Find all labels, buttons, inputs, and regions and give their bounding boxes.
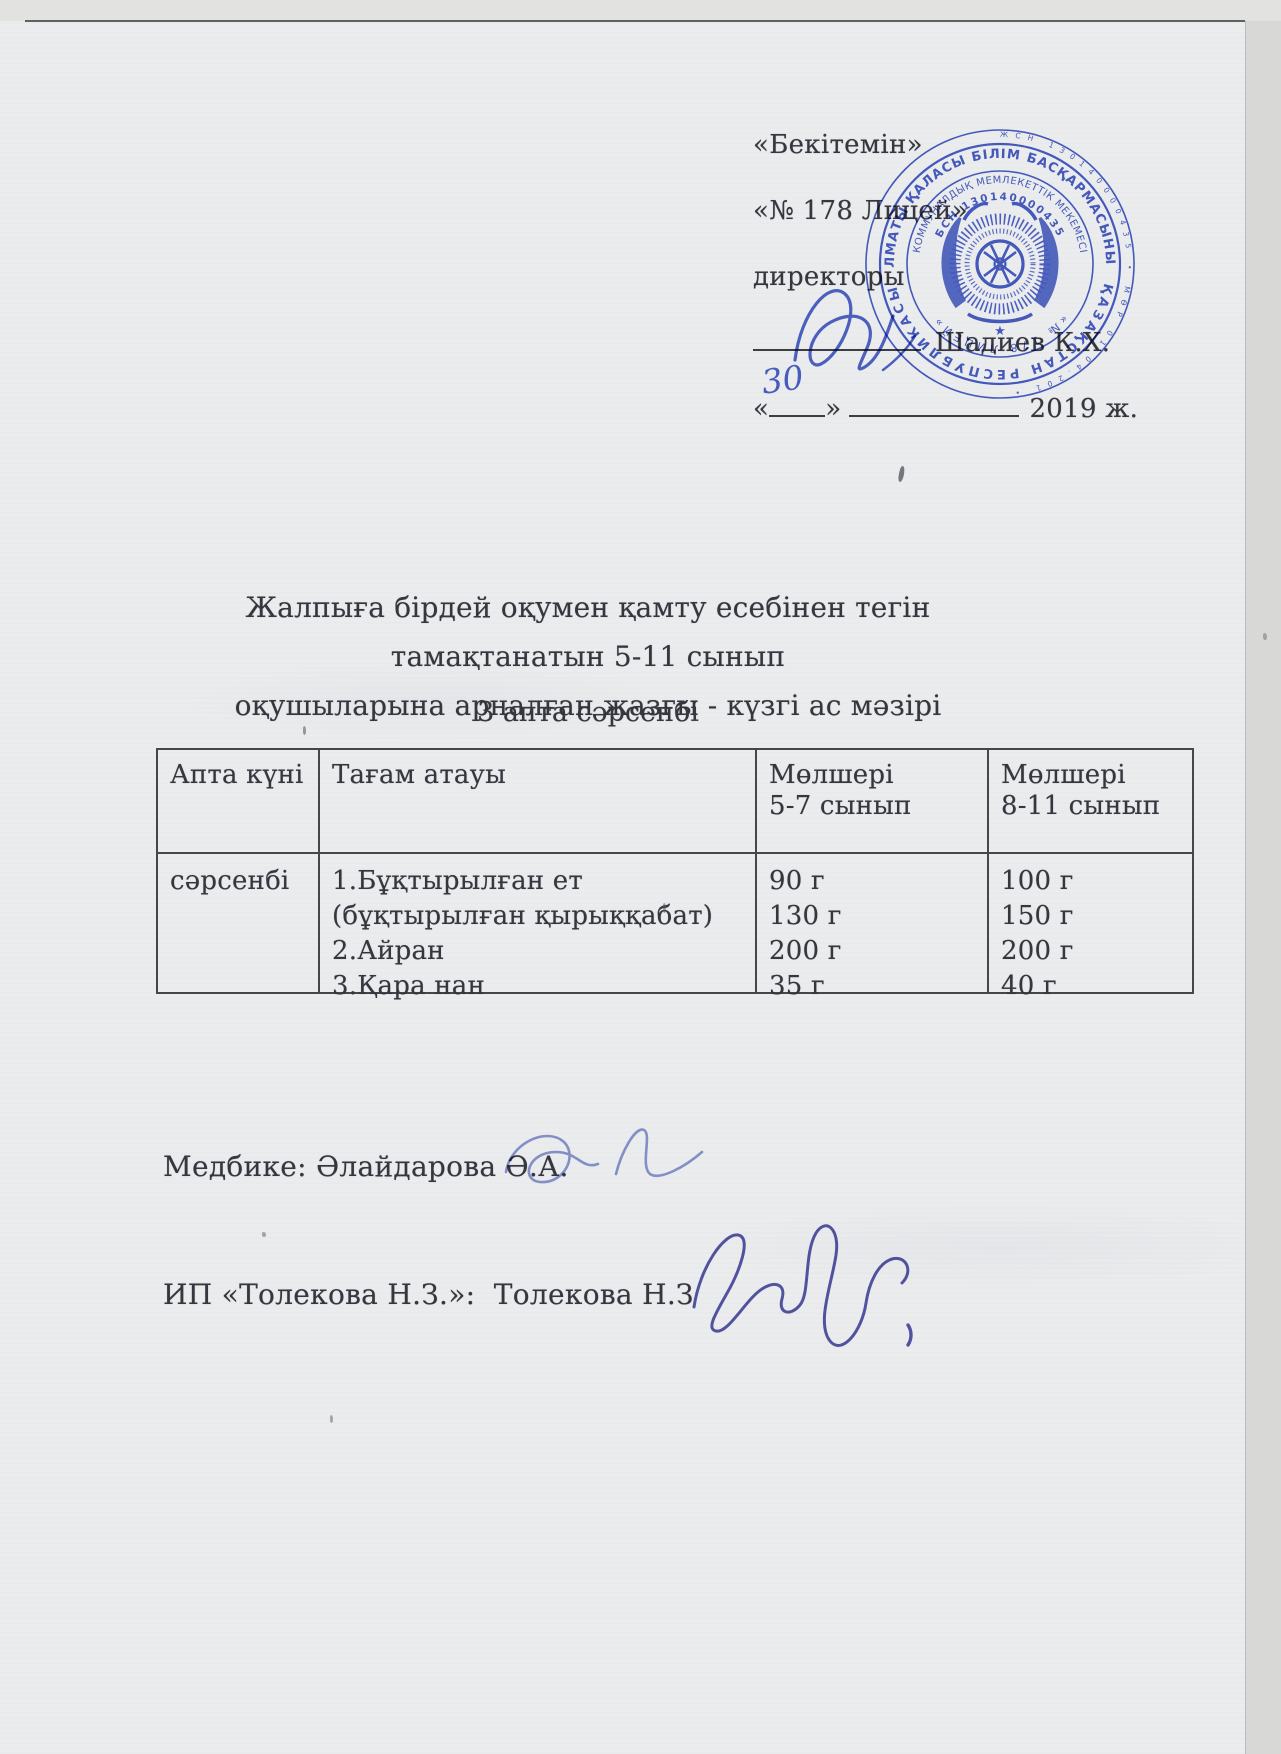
medbike-signature: [488, 1108, 738, 1208]
stamp-emblem: ★: [943, 204, 1057, 339]
cell-portions-8-11: 100 г 150 г 200 г 40 г: [987, 854, 1190, 992]
director-signature: [765, 262, 945, 382]
scan-speck: [262, 1232, 266, 1237]
ip-signature: [672, 1205, 932, 1355]
table-header-row: Апта күні Тағам атауы Мөлшері 5-7 сынып …: [158, 750, 1192, 854]
cell-day: сәрсенбі: [158, 854, 318, 992]
title-line-1: Жалпыға бірдей оқумен қамту есебінен тег…: [152, 583, 1024, 681]
table-header-dish: Тағам атауы: [318, 750, 755, 852]
table-header-portion-5-7: Мөлшері 5-7 сынып: [755, 750, 987, 852]
cell-portions-5-7: 90 г 130 г 200 г 35 г: [755, 854, 987, 992]
table-header-day: Апта күні: [158, 750, 318, 852]
scanned-document-page: «Бекітемін» «№ 178 Лицей» директоры Шади…: [0, 0, 1281, 1754]
scan-speck: [303, 726, 306, 735]
menu-table: Апта күні Тағам атауы Мөлшері 5-7 сынып …: [156, 748, 1194, 994]
scan-speck: [330, 1415, 333, 1423]
document-subtitle: 3 апта сәрсенбі: [152, 697, 1024, 728]
cell-dishes: 1.Бұқтырылған ет (бұқтырылған қырыққабат…: [318, 854, 755, 992]
ip-line: ИП «Толекова Н.З.»: Толекова Н.З: [163, 1278, 694, 1311]
scan-speck: [663, 903, 666, 913]
table-row: сәрсенбі 1.Бұқтырылған ет (бұқтырылған қ…: [158, 854, 1192, 992]
scan-top-strip: [0, 0, 1281, 21]
stamp-star: ★: [994, 324, 1006, 339]
table-header-portion-8-11: Мөлшері 8-11 сынып: [987, 750, 1190, 852]
scan-right-margin: [1246, 21, 1281, 1754]
scan-speck: [1263, 633, 1267, 640]
